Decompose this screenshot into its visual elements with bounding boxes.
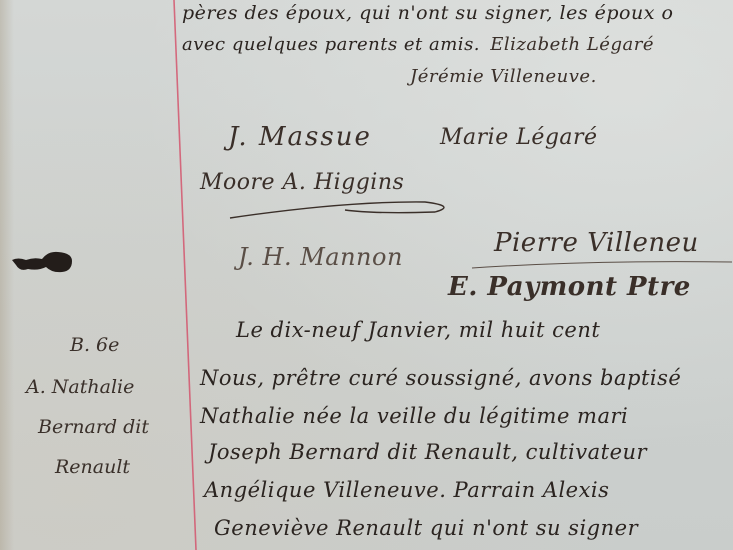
margin-entry-surname: Bernard dit (38, 416, 149, 438)
signature-j-massue: J. Massue (228, 122, 372, 152)
margin-entry-name: A. Nathalie (26, 376, 134, 398)
signature-j-h-mannon: J. H. Mannon (238, 243, 403, 271)
signature-underline (470, 258, 733, 272)
signature-jeremie-villeneuve: Jérémie Villeneuve. (410, 66, 597, 87)
baptism-text-line-4: Joseph Bernard dit Renault, cultivateur (208, 440, 647, 464)
signature-priest-paymont: E. Paymont Ptre (448, 272, 691, 302)
text-line-top-1: pères des époux, qui n'ont su signer, le… (182, 2, 673, 24)
baptism-text-line-2: Nous, prêtre curé soussigné, avons bapti… (200, 366, 681, 390)
signature-moore-higgins: Moore A. Higgins (200, 170, 404, 195)
baptism-text-line-3: Nathalie née la veille du légitime mari (200, 404, 628, 428)
ink-blot (10, 247, 80, 277)
text-line-top-2: avec quelques parents et amis. Elizabeth… (182, 34, 654, 55)
register-page: pères des époux, qui n'ont su signer, le… (0, 0, 733, 550)
baptism-text-line-5: Angélique Villeneuve. Parrain Alexis (204, 478, 609, 502)
signature-elizabeth-legare: Elizabeth Légaré (490, 34, 654, 55)
text-line-top-2-body: avec quelques parents et amis. (182, 34, 480, 55)
margin-entry-alias: Renault (55, 456, 130, 478)
baptism-text-line-1: Le dix-neuf Janvier, mil huit cent (236, 318, 600, 342)
signature-pierre-villeneuve: Pierre Villeneu (494, 228, 699, 258)
signature-flourish (225, 196, 455, 226)
margin-entry-code: B. 6e (70, 334, 119, 356)
signature-marie-legare: Marie Légaré (440, 125, 598, 150)
baptism-text-line-6: Geneviève Renault qui n'ont su signer (214, 516, 638, 540)
